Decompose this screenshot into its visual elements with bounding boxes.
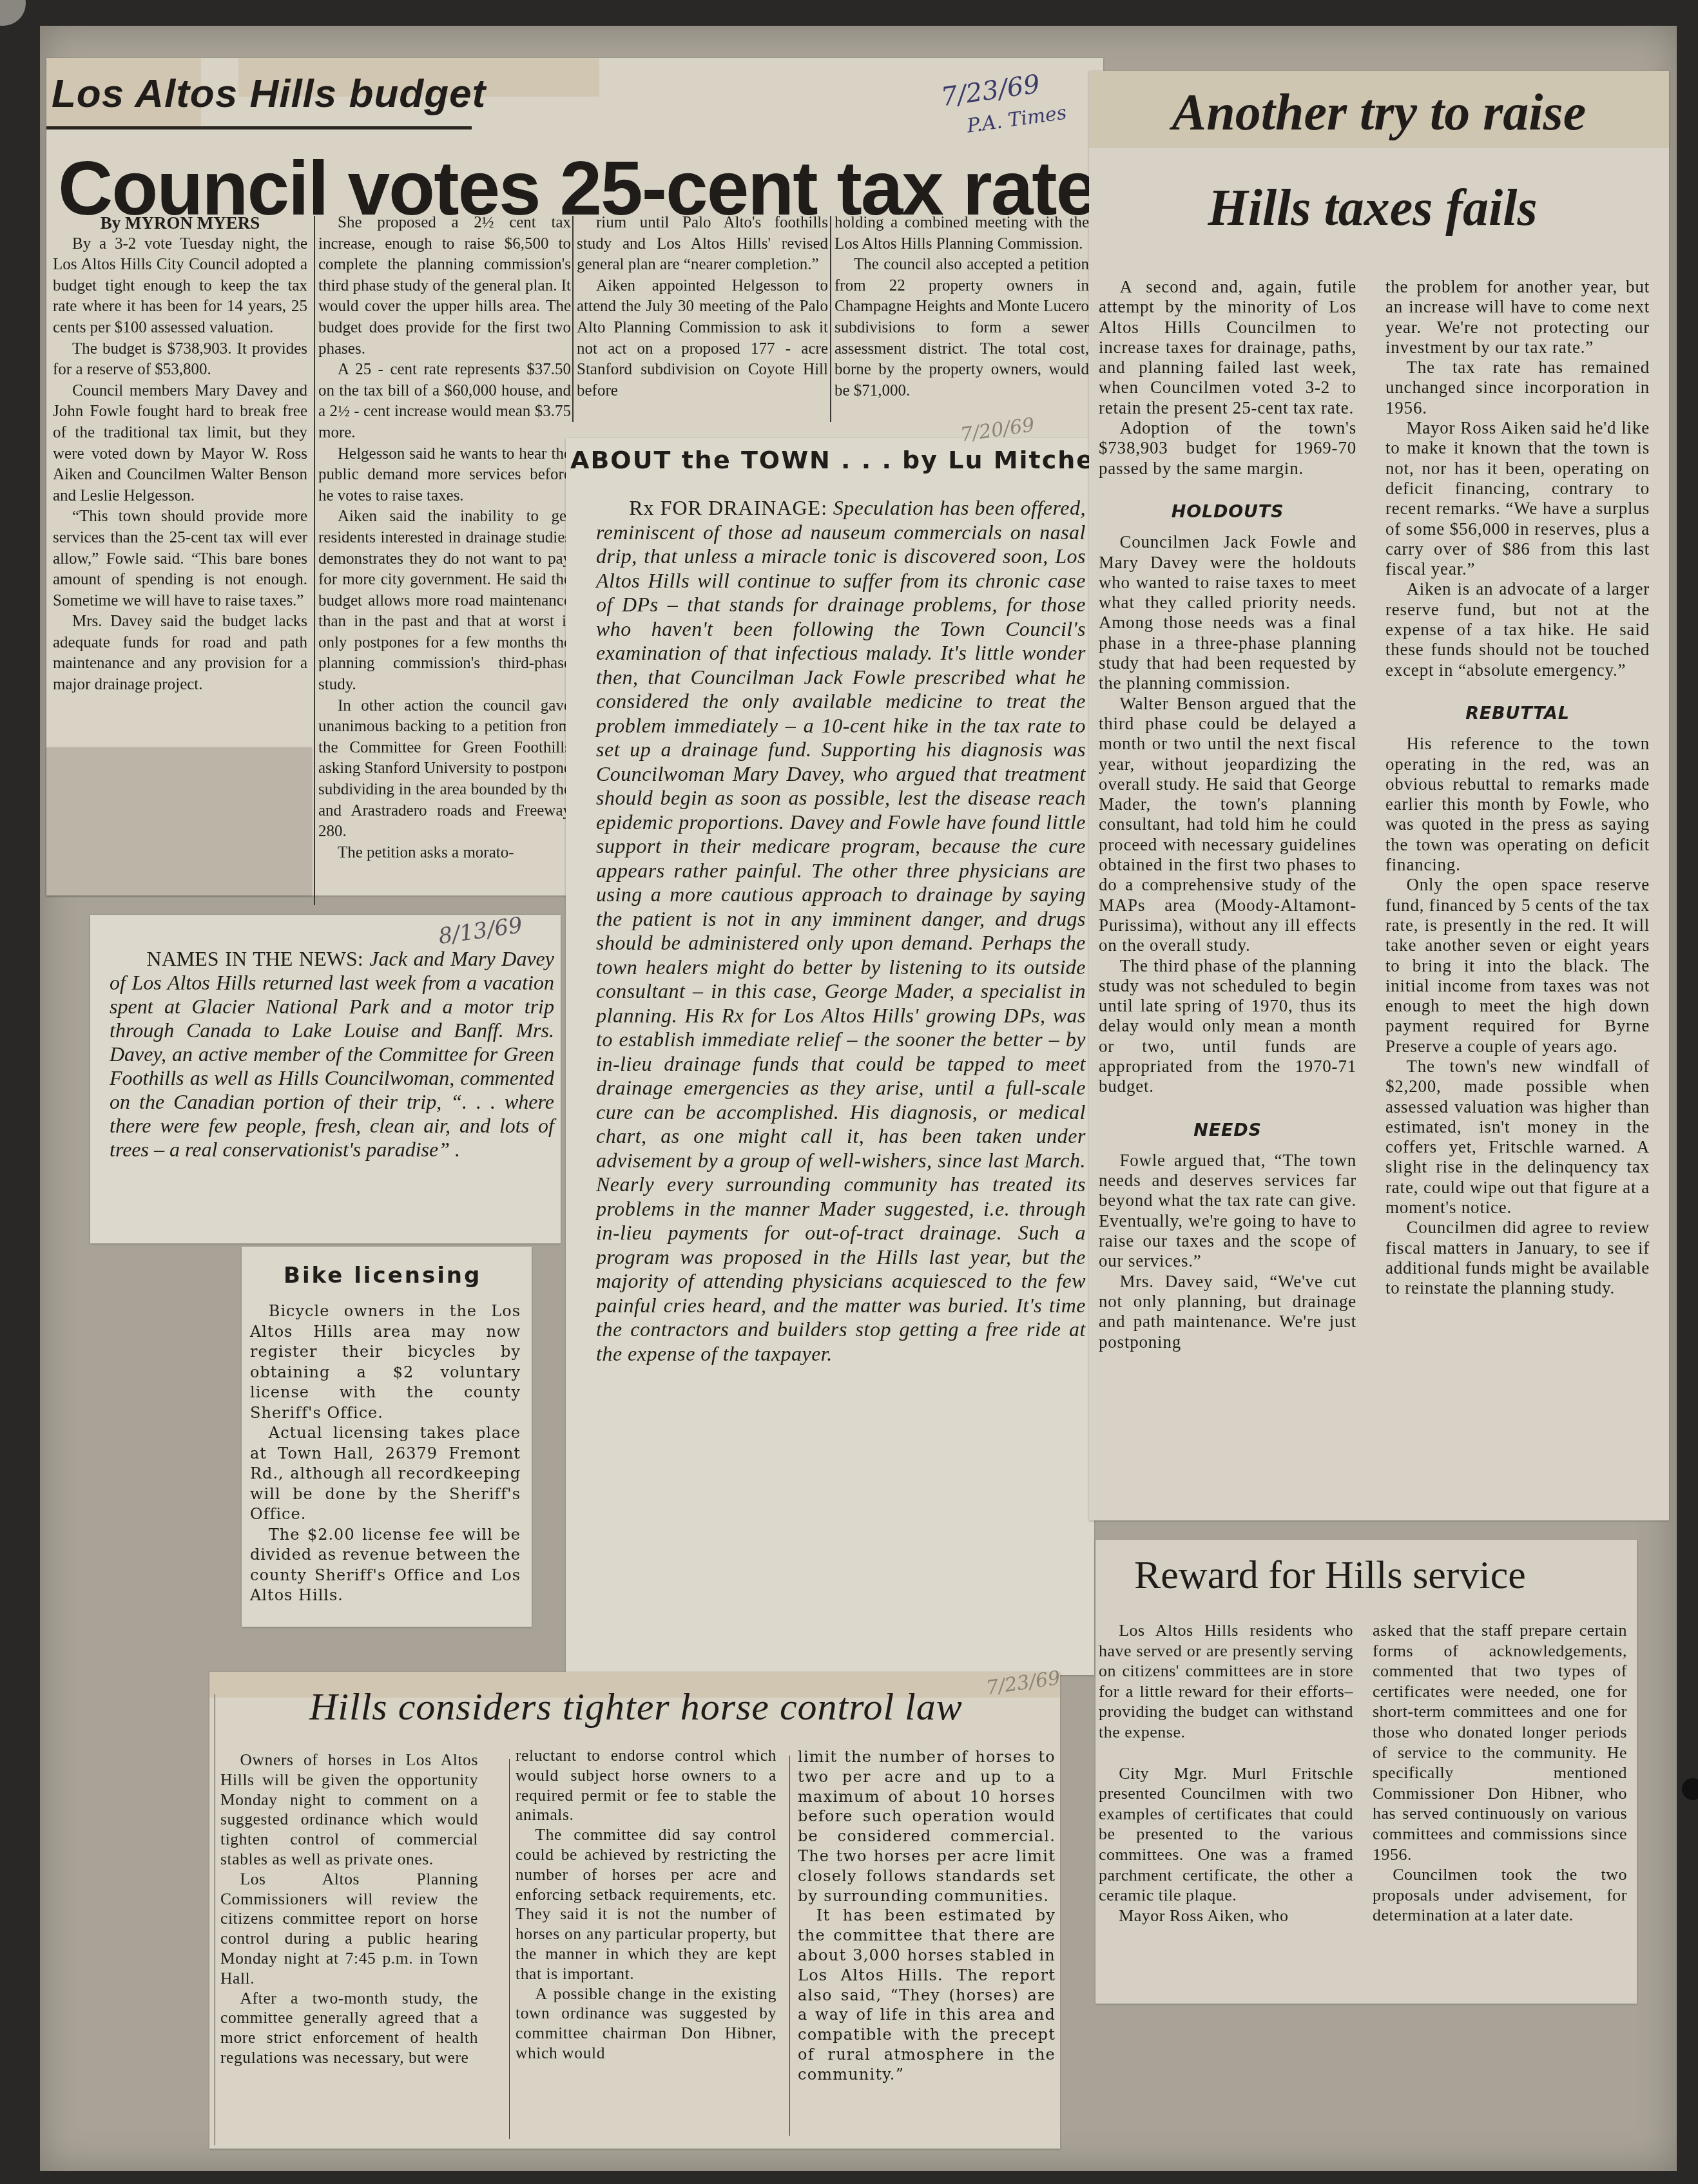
article-column-1: Los Altos Hills residents who have serve… [1099, 1620, 1353, 1926]
subheading: NEEDS [1099, 1120, 1356, 1140]
column-rule [830, 216, 831, 422]
clipping-cutout [46, 747, 312, 896]
corner-object [0, 0, 26, 26]
column-rule [509, 1759, 510, 2139]
section-kicker: Los Altos Hills budget [52, 71, 486, 117]
bike-licensing-body: Bicycle owners in the Los Altos Hills ar… [250, 1301, 521, 1606]
article-column-4: holding a combined meeting with the Los … [835, 213, 1089, 401]
kicker-underline [46, 126, 472, 129]
headline: Hills taxes fails [1095, 179, 1650, 238]
subheading: HOLDOUTS [1099, 502, 1356, 522]
article-column-2: the problem for another year, but an inc… [1385, 277, 1650, 1299]
binder-hole [1682, 1778, 1698, 1800]
byline: By MYRON MYERS [53, 213, 307, 234]
article-column-3: limit the number of horses to two per ac… [798, 1747, 1056, 2085]
column-rule [572, 216, 574, 422]
lead-in: NAMES IN THE NEWS: [147, 947, 363, 970]
column-rule [314, 216, 315, 905]
article-column-2: She proposed a 2½ cent tax increase, eno… [318, 213, 571, 863]
column-rule [789, 1756, 790, 2136]
article-column-1: Owners of horses in Los Altos Hills will… [220, 1750, 478, 2068]
subheading: REBUTTAL [1385, 704, 1650, 723]
headline: Reward for Hills service [1134, 1553, 1526, 1598]
column-rule [215, 1694, 215, 2145]
article-column-2: asked that the staff prepare certain for… [1373, 1620, 1627, 1926]
names-in-news-body: NAMES IN THE NEWS: Jack and Mary Davey o… [110, 947, 554, 1162]
column-heading: ABOUT the TOWN . . . by Lu Mitchel [570, 446, 1104, 474]
headline: Another try to raise [1102, 84, 1656, 142]
headline: Bike licensing [284, 1263, 481, 1288]
article-column-1: By MYRON MYERS By a 3-2 vote Tuesday nig… [53, 213, 307, 696]
headline: Hills considers tighter horse control la… [309, 1685, 963, 1729]
lead-in: Rx FOR DRAINAGE: [629, 496, 827, 519]
article-column-2: reluctant to endorse control which would… [516, 1746, 777, 2064]
article-column-3: rium until Palo Alto's foothills study a… [577, 213, 828, 401]
article-column-1: A second and, again, futile attempt by t… [1099, 277, 1356, 1352]
about-town-body: Rx FOR DRAINAGE: Speculation has been of… [596, 496, 1086, 1366]
